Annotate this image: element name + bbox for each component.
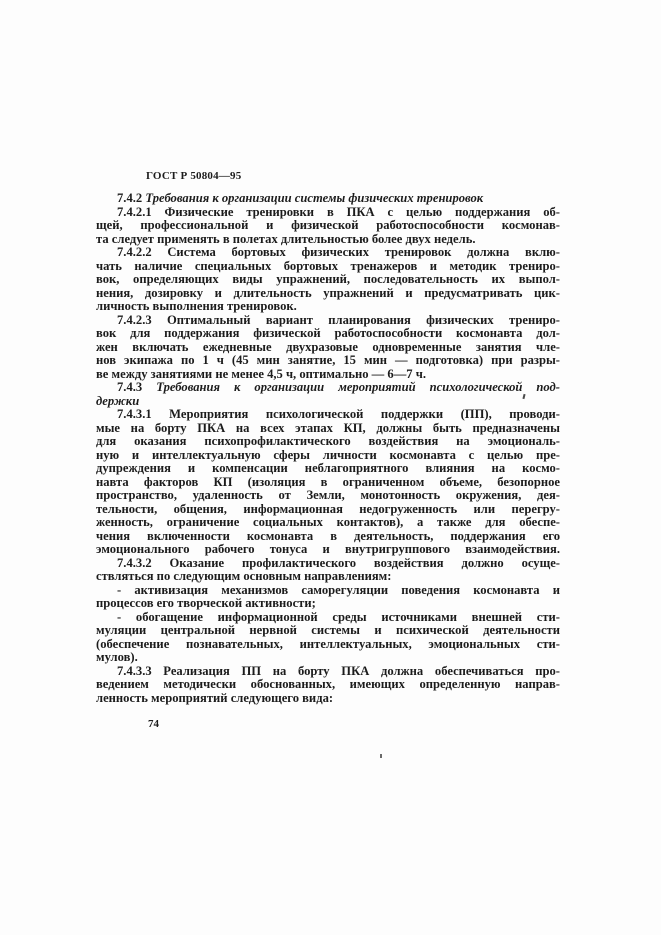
text-line: личность выполнения тренировок.	[96, 300, 560, 314]
text-line: нов экипажа по 1 ч (45 мин занятие, 15 м…	[96, 354, 560, 368]
text-line: 7.4.3.3 Реализация ПП на борту ПКА должн…	[96, 665, 560, 679]
text-line: (обеспечение познавательных, интеллектуа…	[96, 638, 560, 652]
text-line: ленность мероприятий следующего вида:	[96, 692, 560, 706]
text-line: 7.4.2.3 Оптимальный вариант планирования…	[96, 314, 560, 328]
text-line: ную и интеллектуальную сферы личности ко…	[96, 449, 560, 463]
text-line: жен включать ежедневные двухразовые одно…	[96, 341, 560, 355]
text-line: 7.4.2 Требования к организации системы ф…	[96, 192, 560, 206]
text-line: мые на борту ПКА на всех этапах КП, долж…	[96, 422, 560, 436]
text-line: нения, дозировку и длительность упражнен…	[96, 287, 560, 301]
text-line: щей, профессиональной и физической работ…	[96, 219, 560, 233]
text-line: дупреждения и компенсации неблагоприятно…	[96, 462, 560, 476]
text-line: муляции центральной нервной системы и пс…	[96, 624, 560, 638]
text-line: 7.4.3 Требования к организации мероприят…	[96, 381, 560, 395]
document-page: ГОСТ Р 50804—95 7.4.2 Требования к орган…	[0, 0, 661, 935]
text-line: держки	[96, 395, 560, 409]
text-line: 7.4.3.1 Мероприятия психологической подд…	[96, 408, 560, 422]
text-line: та следует применять в полетах длительно…	[96, 233, 560, 247]
text-line: вок для поддержания физической работоспо…	[96, 327, 560, 341]
text-line: процессов его творческой активности;	[96, 597, 560, 611]
text-line: вок, определяющих виды упражнений, после…	[96, 273, 560, 287]
text-line: 7.4.2.1 Физические тренировки в ПКА с це…	[96, 206, 560, 220]
text-line: женность, ограничение социальных контакт…	[96, 516, 560, 530]
text-line: ведением методически обоснованных, имеющ…	[96, 678, 560, 692]
text-line: чать наличие специальных бортовых тренаж…	[96, 260, 560, 274]
clause-number: 7.4.2	[117, 191, 142, 205]
clause-number: 7.4.3	[117, 380, 142, 394]
scan-speck	[380, 754, 382, 758]
text-line: мулов).	[96, 651, 560, 665]
text-line: для оказания психопрофилактического возд…	[96, 435, 560, 449]
text-line: 7.4.2.2 Система бортовых физических трен…	[96, 246, 560, 260]
page-number: 74	[148, 718, 159, 730]
text-line: тельности, общения, информационная недог…	[96, 503, 560, 517]
text-line: ствляться по следующим основным направле…	[96, 570, 560, 584]
clause-title: Требования к организации системы физичес…	[145, 191, 483, 205]
text-line: пространство, удаленность от Земли, моно…	[96, 489, 560, 503]
clause-title: Требования к организации мероприятий пси…	[156, 380, 560, 394]
text-line: эмоционального рабочего тонуса и внутриг…	[96, 543, 560, 557]
text-line: 7.4.3.2 Оказание профилактического возде…	[96, 557, 560, 571]
text-line: чения включенности космонавта в деятельн…	[96, 530, 560, 544]
text-line: навта факторов КП (изоляция в ограниченн…	[96, 476, 560, 490]
running-head-doc-code: ГОСТ Р 50804—95	[146, 170, 241, 182]
document-text-block: 7.4.2 Требования к организации системы ф…	[96, 192, 560, 705]
text-line: ве между занятиями не менее 4,5 ч, оптим…	[96, 368, 560, 382]
text-line: - обогащение информационной среды источн…	[96, 611, 560, 625]
text-line: - активизация механизмов саморегуляции п…	[96, 584, 560, 598]
